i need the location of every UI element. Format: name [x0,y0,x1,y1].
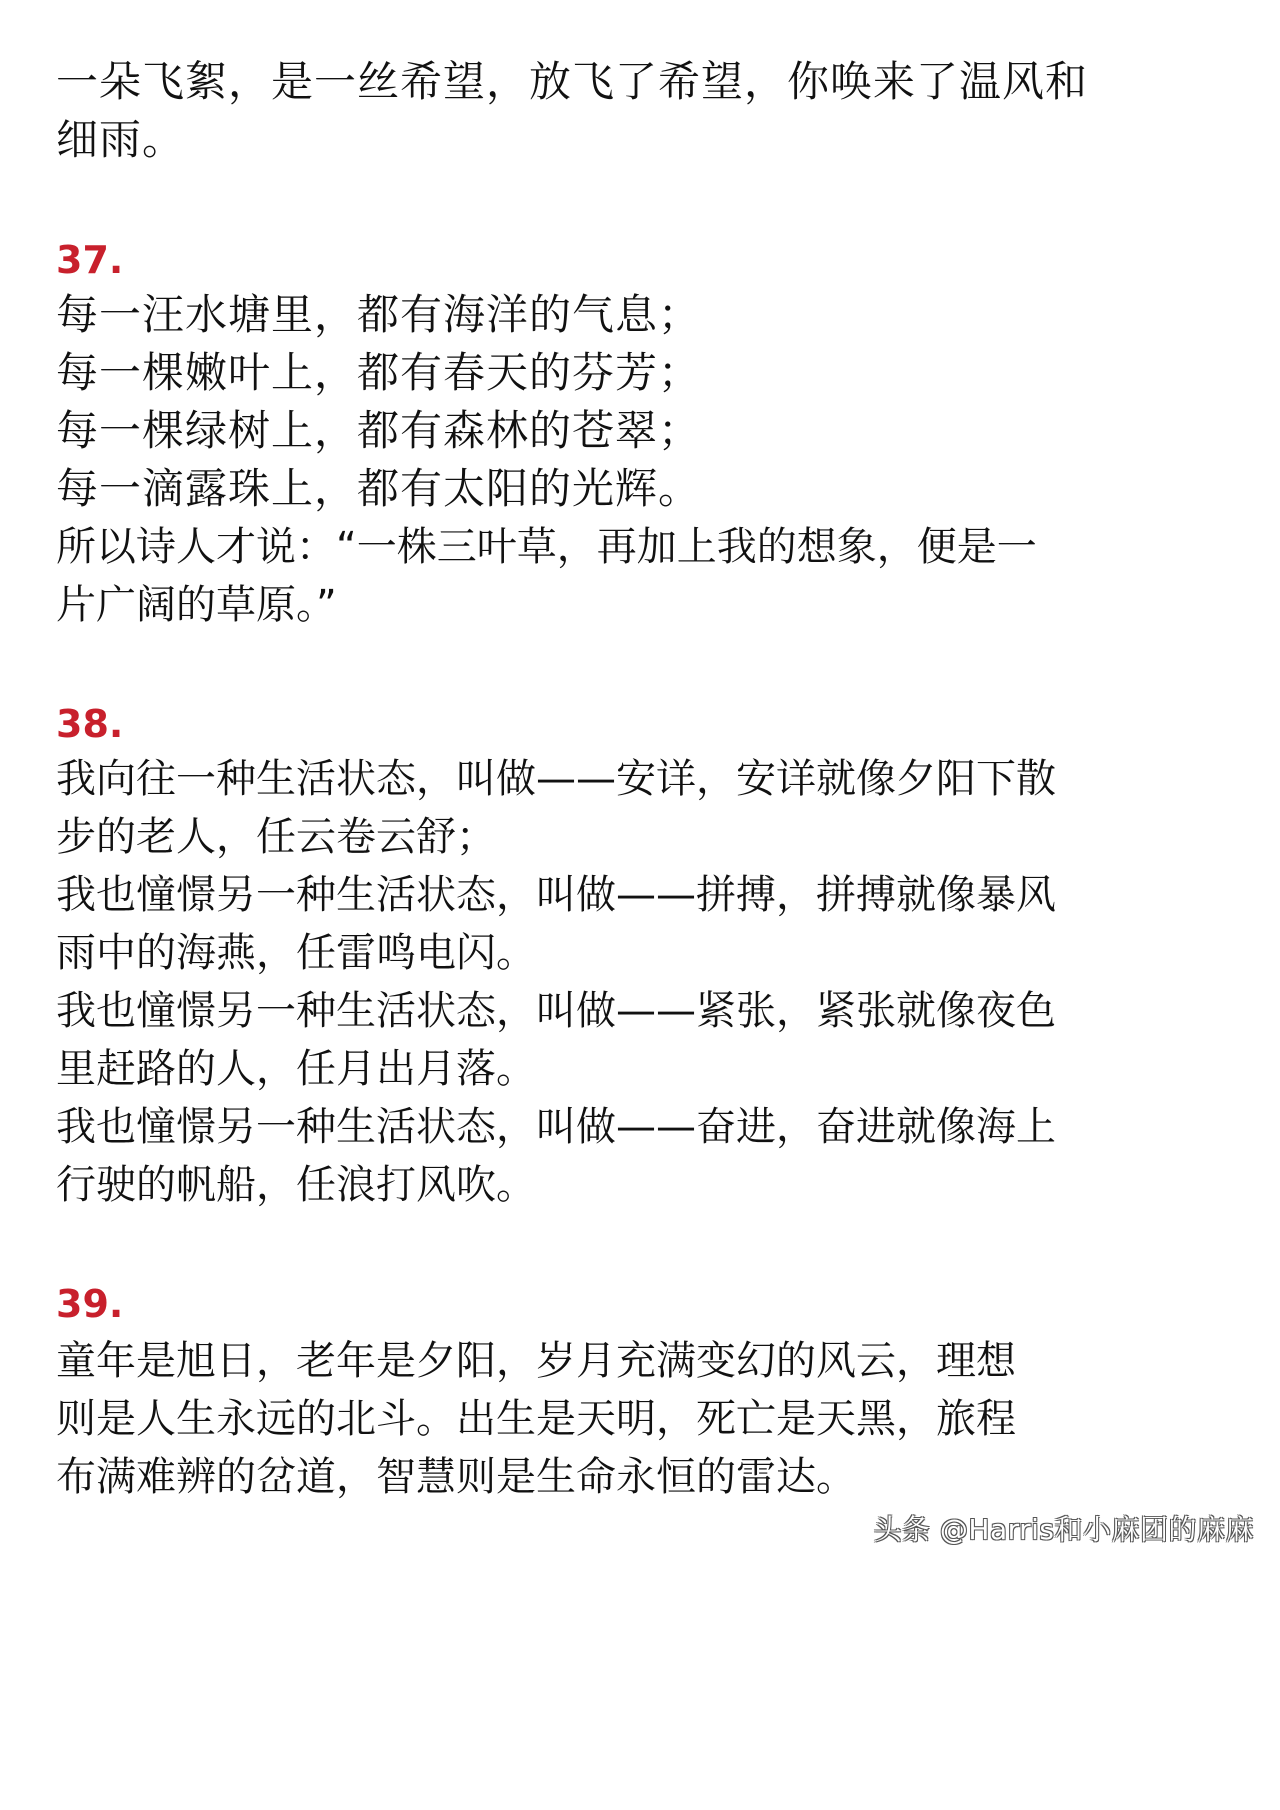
paragraph-line: 行驶的帆船，任浪打风吹。 [56,1156,536,1214]
paragraph-line: 雨中的海燕，任雷鸣电闪。 [56,924,536,982]
section-number-38: 38. [56,700,123,748]
paragraph-line: 每一汪水塘里，都有海洋的气息； [56,286,701,344]
paragraph-line: 布满难辨的岔道，智慧则是生命永恒的雷达。 [56,1448,856,1506]
paragraph-line: 我也憧憬另一种生活状态，叫做——拼搏，拼搏就像暴风 [56,866,1056,924]
paragraph-line: 每一棵绿树上，都有森林的苍翠； [56,402,701,460]
section-number-39: 39. [56,1280,123,1328]
section-number-37: 37. [56,236,123,284]
paragraph-line: 我也憧憬另一种生活状态，叫做——奋进，奋进就像海上 [56,1098,1056,1156]
paragraph-line: 每一滴露珠上，都有太阳的光辉。 [56,460,701,518]
paragraph-line: 我也憧憬另一种生活状态，叫做——紧张，紧张就像夜色 [56,982,1056,1040]
paragraph-line: 步的老人，任云卷云舒； [56,808,496,866]
paragraph-line: 童年是旭日，老年是夕阳，岁月充满变幻的风云，理想 [56,1332,1016,1390]
paragraph-line: 里赶路的人，任月出月落。 [56,1040,536,1098]
paragraph-line: 每一棵嫩叶上，都有春天的芬芳； [56,344,701,402]
watermark: 头条 @Harris和小麻团的麻麻 [873,1510,1254,1550]
paragraph-line: 所以诗人才说：“一株三叶草，再加上我的想象，便是一 [56,518,1037,576]
paragraph-line: 一朵飞絮，是一丝希望，放飞了希望，你唤来了温风和 [56,53,1088,111]
paragraph-line: 则是人生永远的北斗。出生是天明，死亡是天黑，旅程 [56,1390,1016,1448]
document-page: 一朵飞絮，是一丝希望，放飞了希望，你唤来了温风和 细雨。 37. 每一汪水塘里，… [0,0,1280,1810]
paragraph-line: 片广阔的草原。” [56,576,337,634]
paragraph-line: 细雨。 [56,111,185,169]
paragraph-line: 我向往一种生活状态，叫做——安详，安详就像夕阳下散 [56,750,1056,808]
